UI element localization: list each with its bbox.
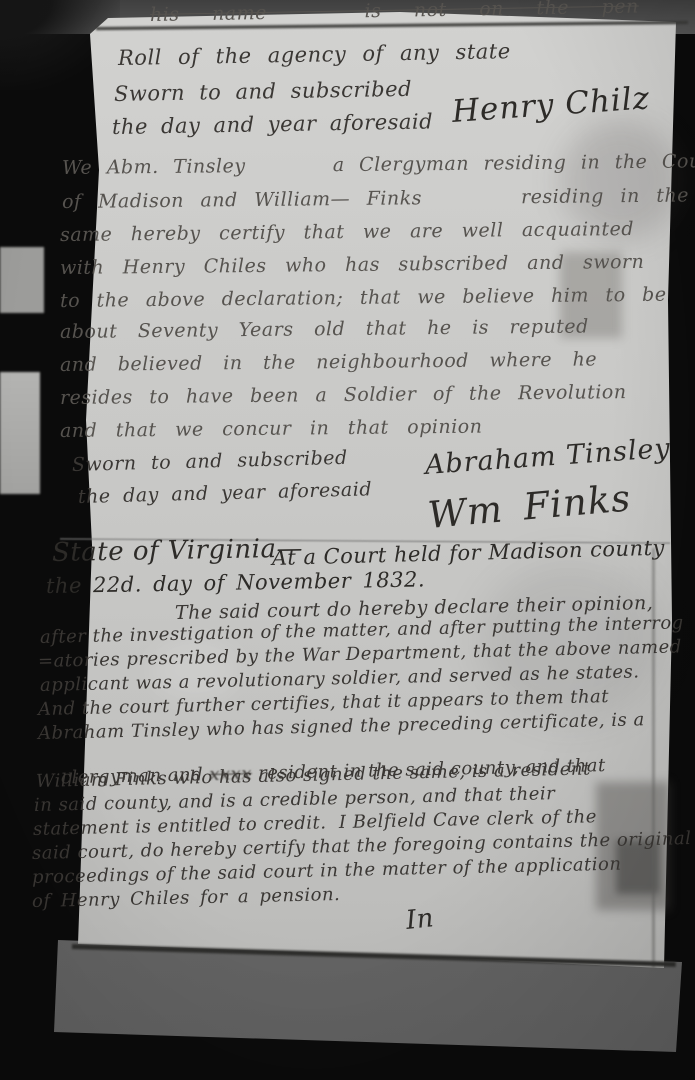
paper-scrap-left-lower <box>0 372 40 494</box>
document-photo: his name is not on the pen Roll of the a… <box>0 0 695 1080</box>
handwritten-line: and that we concur in that opinion <box>60 416 483 442</box>
court-heading-state: State of Virginia— <box>52 534 303 568</box>
closing-mark: In <box>404 903 435 936</box>
paper-scrap-left-upper <box>0 247 44 313</box>
